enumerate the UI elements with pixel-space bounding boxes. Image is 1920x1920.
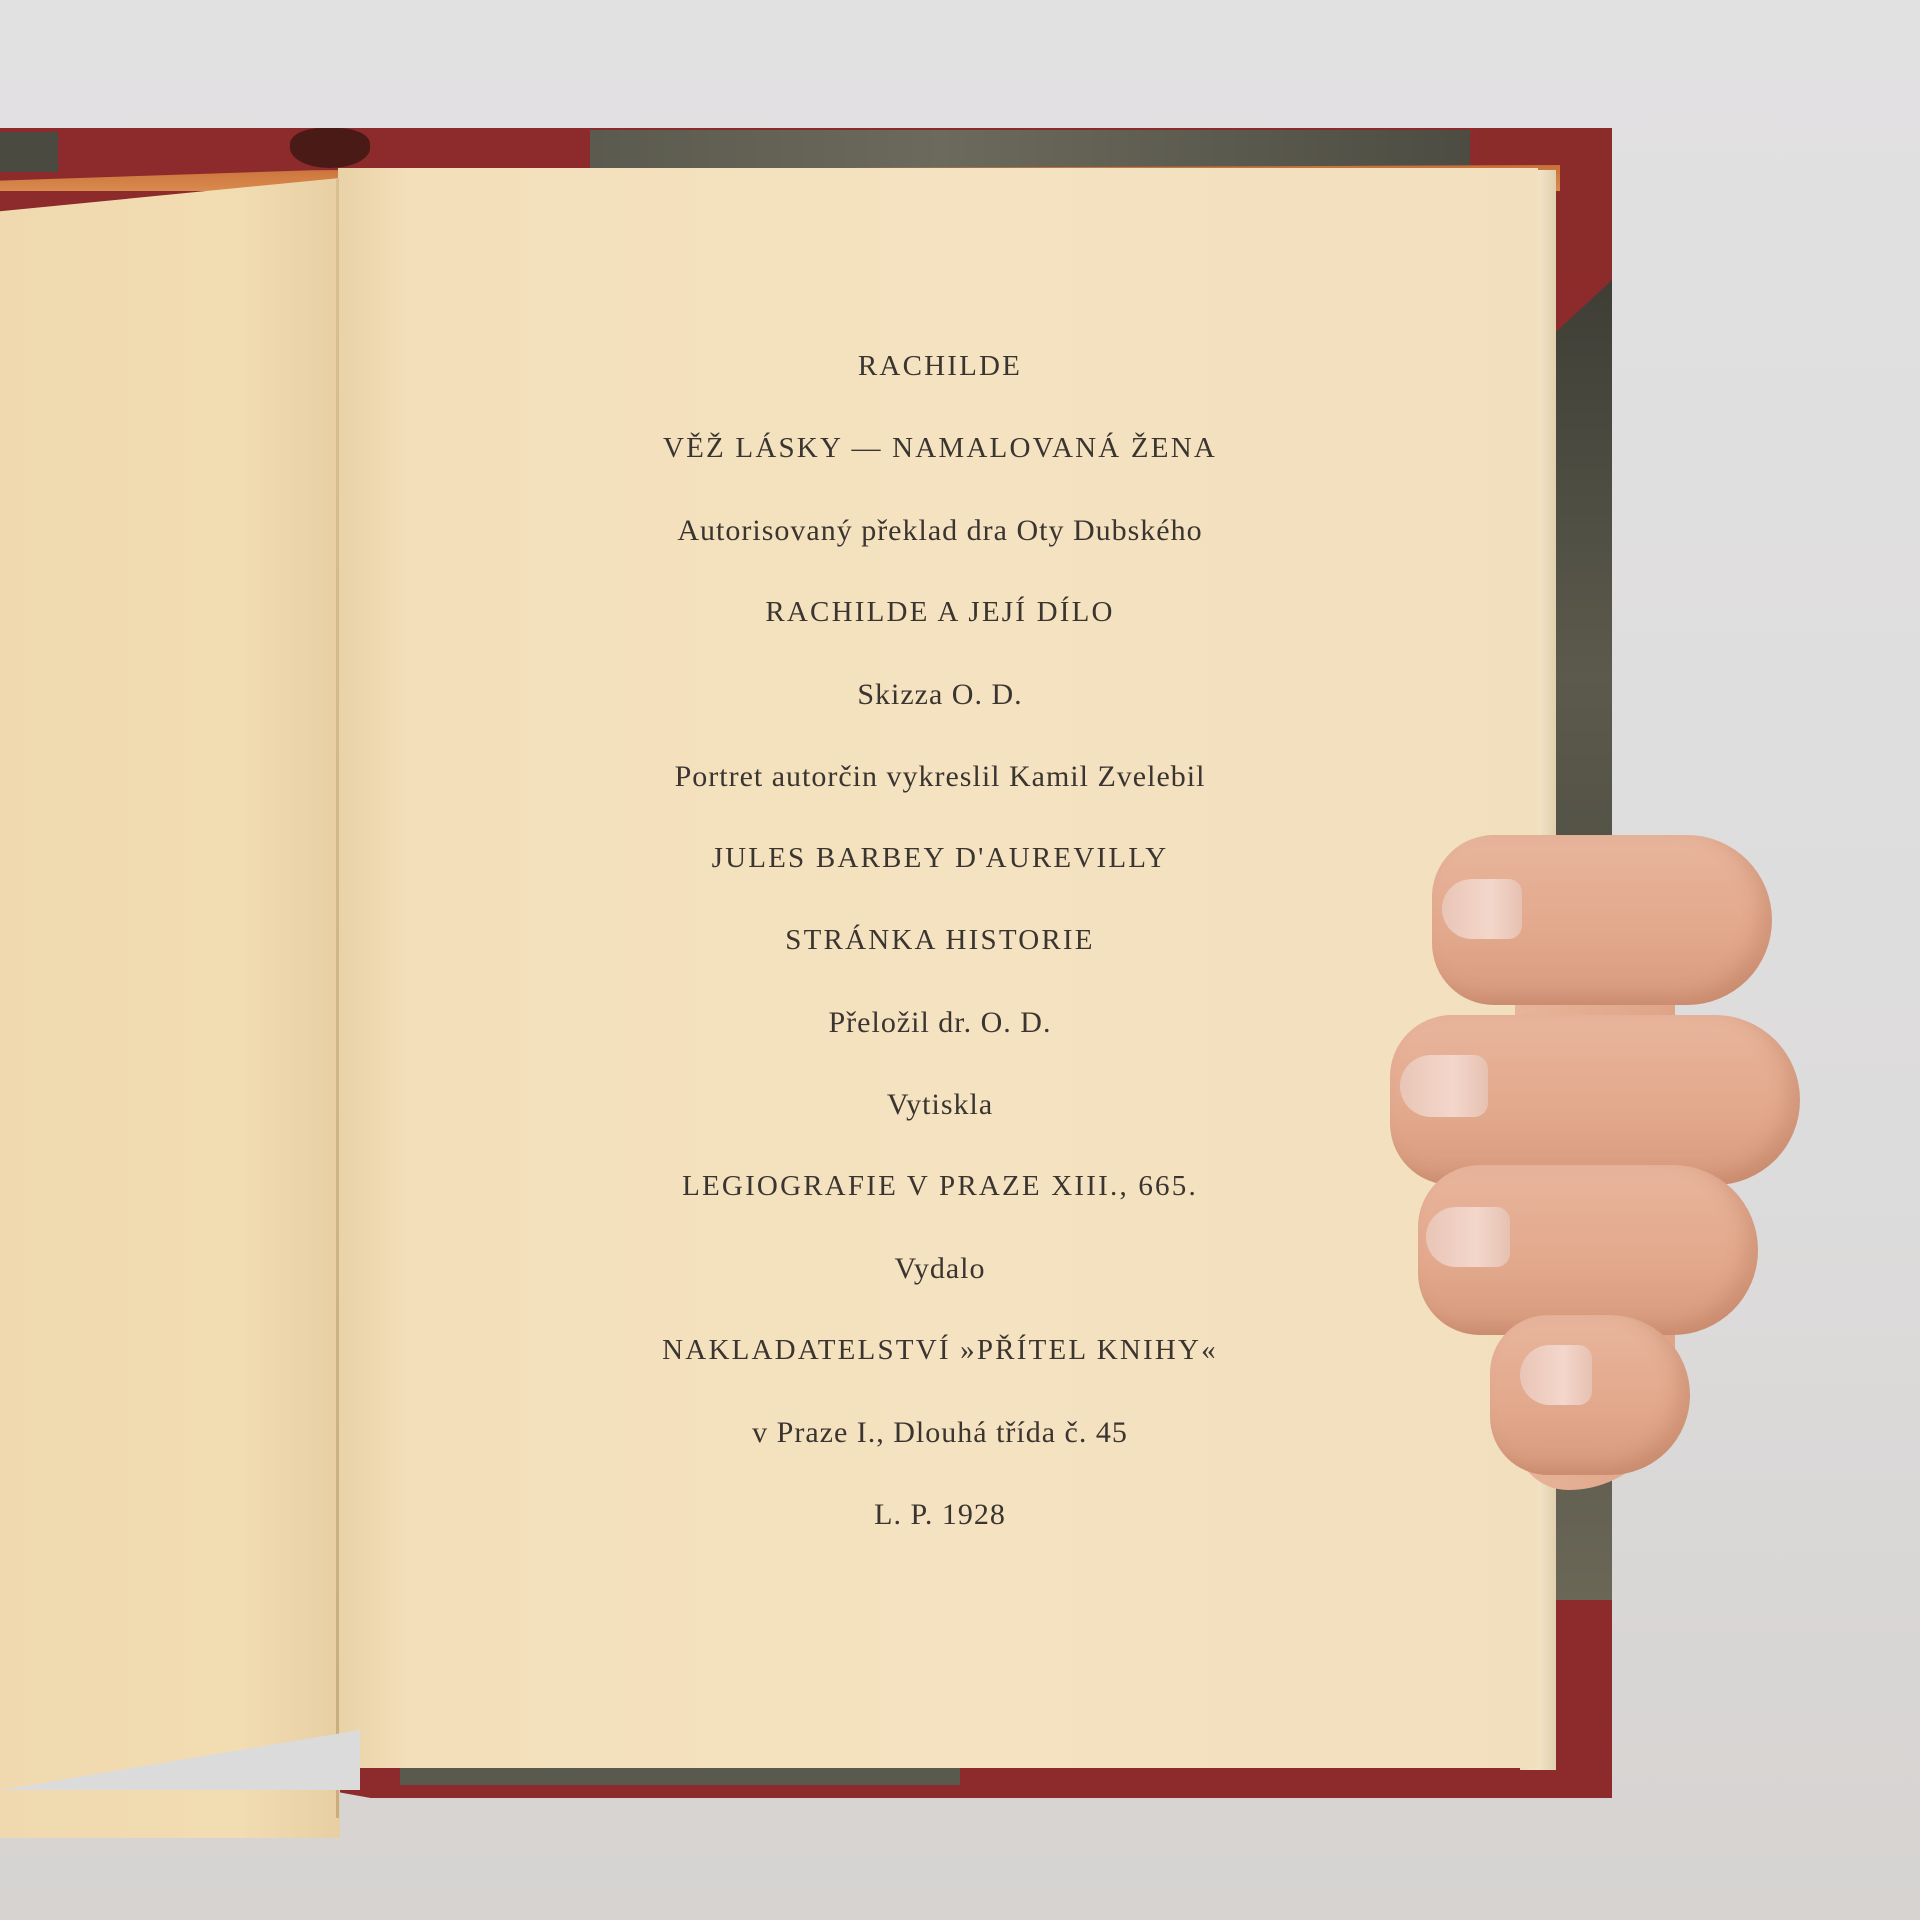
book-title: VĚŽ LÁSKY — NAMALOVANÁ ŽENA <box>560 432 1320 465</box>
essay-title: RACHILDE A JEJÍ DÍLO <box>560 596 1320 629</box>
ring-finger <box>1418 1165 1758 1335</box>
author-name: RACHILDE <box>560 350 1320 383</box>
second-title: STRÁNKA HISTORIE <box>560 924 1320 957</box>
publisher-address: v Praze I., Dlouhá třída č. 45 <box>560 1416 1320 1450</box>
left-page <box>0 178 340 1838</box>
cover-marble-board-top <box>590 130 1470 170</box>
fingernail <box>1400 1055 1488 1117</box>
index-finger <box>1432 835 1772 1005</box>
translation-credit: Autorisovaný překlad dra Oty Dubského <box>560 514 1320 548</box>
publisher: NAKLADATELSTVÍ »PŘÍTEL KNIHY« <box>560 1334 1320 1367</box>
second-translator: Přeložil dr. O. D. <box>560 1006 1320 1040</box>
printed-by-label: Vytiskla <box>560 1088 1320 1122</box>
fingernail <box>1442 879 1522 939</box>
little-finger <box>1490 1315 1690 1475</box>
book-gutter <box>336 178 339 1818</box>
fingernail <box>1426 1207 1510 1267</box>
publication-year: L. P. 1928 <box>560 1498 1320 1532</box>
printer: LEGIOGRAFIE V PRAZE XIII., 665. <box>560 1170 1320 1203</box>
essay-credit: Skizza O. D. <box>560 678 1320 712</box>
published-by-label: Vydalo <box>560 1252 1320 1286</box>
cover-marble-board-left <box>0 132 58 172</box>
middle-finger <box>1390 1015 1800 1185</box>
spine-wear <box>290 128 370 168</box>
hand <box>1390 835 1810 1515</box>
portrait-credit: Portret autorčin vykreslil Kamil Zvelebi… <box>560 760 1320 794</box>
fingernail <box>1520 1345 1592 1405</box>
second-author: JULES BARBEY D'AUREVILLY <box>560 842 1320 875</box>
